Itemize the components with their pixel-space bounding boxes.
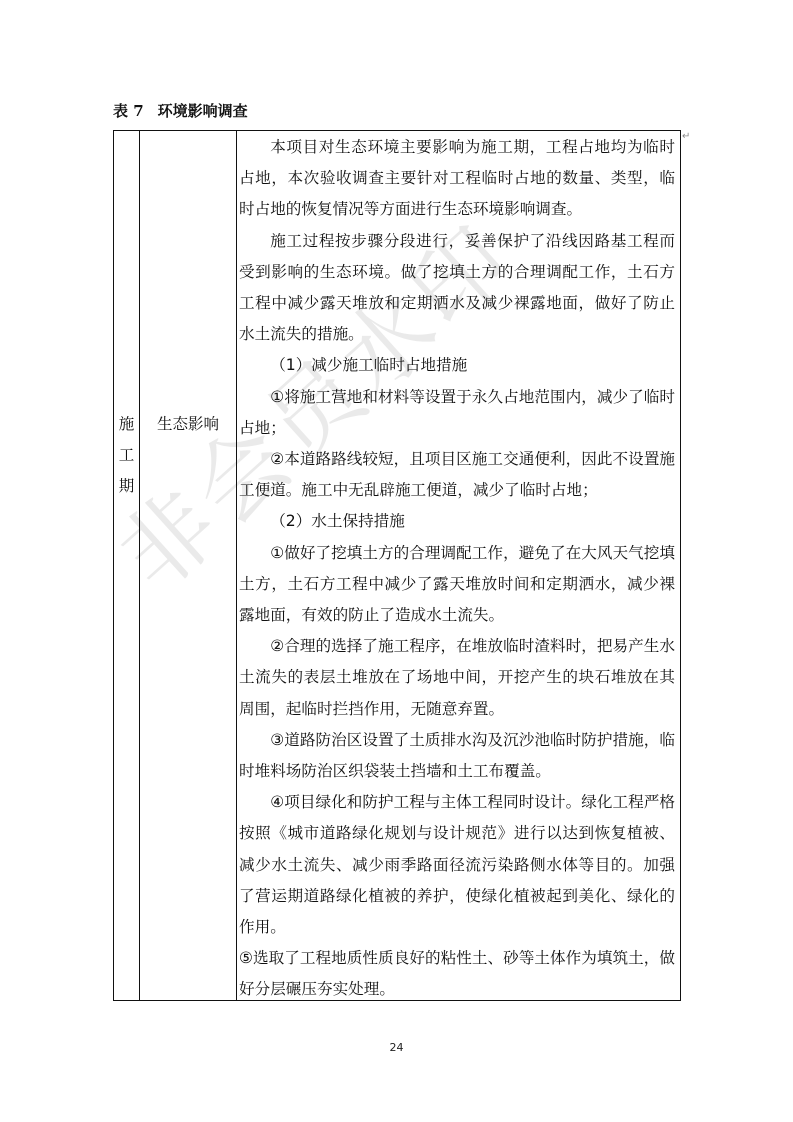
paragraph: ④项目绿化和防护工程与主体工程同时设计。绿化工程严格按照《城市道路绿化规划与设计… (239, 787, 675, 943)
content-cell: 本项目对生态环境主要影响为施工期，工程占地均为临时占地，本次验收调查主要针对工程… (237, 131, 675, 1006)
stage-char: 施 (114, 409, 139, 440)
page-number: 24 (0, 1041, 793, 1054)
paragraph-mark-icon: ↵ (682, 131, 690, 142)
table-number: 表 7 (113, 102, 144, 120)
paragraph: ③道路防治区设置了土质排水沟及沉沙池临时防护措施，临时堆料场防治区织袋装土挡墙和… (239, 725, 675, 787)
paragraph: 施工过程按步骤分段进行，妥善保护了沿线因路基工程而受到影响的生态环境。做了挖填土… (239, 226, 675, 351)
paragraph: ①做好了挖填土方的合理调配工作，避免了在大风天气挖填土方，土石方工程中减少了露天… (239, 538, 675, 632)
paragraph: ②合理的选择了施工程序，在堆放临时渣料时，把易产生水土流失的表层土堆放在了场地中… (239, 631, 675, 725)
section-heading: （2）水土保持措施 (239, 506, 675, 537)
paragraph: 本项目对生态环境主要影响为施工期，工程占地均为临时占地，本次验收调查主要针对工程… (239, 132, 675, 226)
category-cell: 生态影响 (140, 409, 236, 440)
paragraph: ②本道路路线较短，且项目区施工交通便利，因此不设置施工便道。施工中无乱辟施工便道… (239, 444, 675, 506)
column-divider (139, 131, 140, 1000)
stage-cell: 施 工 期 (114, 409, 139, 502)
stage-char: 期 (114, 471, 139, 502)
section-heading: （1）减少施工临时占地措施 (239, 350, 675, 381)
table-title: 表 7环境影响调查 (113, 100, 248, 121)
table-title-text: 环境影响调查 (158, 102, 248, 120)
environment-impact-table: 施 工 期 生态影响 本项目对生态环境主要影响为施工期，工程占地均为临时占地，本… (113, 130, 681, 1001)
paragraph: ①将施工营地和材料等设置于永久占地范围内，减少了临时占地； (239, 382, 675, 444)
stage-char: 工 (114, 440, 139, 471)
paragraph: ⑤选取了工程地质性质良好的粘性土、砂等土体作为填筑土，做好分层碾压夯实处理。 (239, 943, 675, 1005)
